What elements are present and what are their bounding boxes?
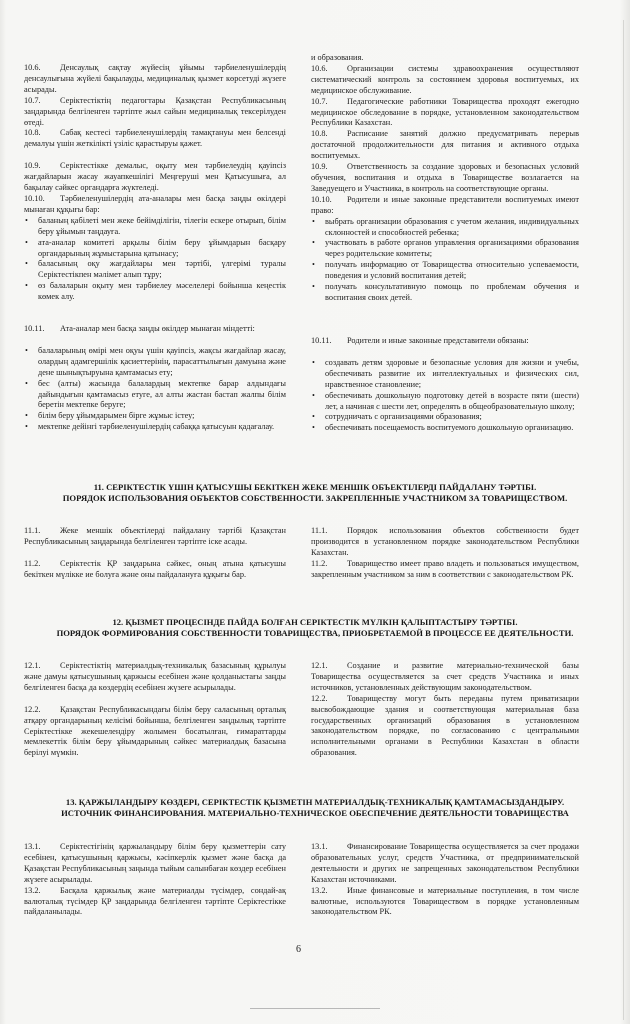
section12-kz-column: 12.1.Серіктестіктің материалдық-техникал…	[24, 661, 286, 759]
clause-11-2-ru: 11.2.Товарищество имеет право владеть и …	[311, 559, 579, 581]
list-item: бес (алты) жасында балалардың мектепке б…	[24, 379, 286, 412]
list-item: обеспечивать посещаемость воспитуемого д…	[311, 423, 579, 434]
list-item: участвовать в работе органов управления …	[311, 238, 579, 260]
list-item: баланың қабілеті мен жеке бейімділігін, …	[24, 216, 286, 238]
clause-10-9-ru: 10.9.Ответственность за создание здоровы…	[311, 162, 579, 195]
section10-11-kz: 10.11.Ата-аналар мен басқа заңды өкілдер…	[24, 324, 286, 433]
document-page: 10.6.Денсаулық сақтау жүйесің ұйымы тәрб…	[0, 0, 630, 1024]
clause-10-9-kz: 10.9.Серіктестікке демалыс, оқыту мен тә…	[24, 161, 286, 194]
list-item: обеспечивать дошкольную подготовку детей…	[311, 391, 579, 413]
clause-10-8-kz: 10.8.Сабақ кестесі тәрбиеленушілердің та…	[24, 128, 286, 150]
section11-ru-column: 11.1.Порядок использования объектов собс…	[311, 526, 579, 581]
section11-heading: 11. СЕРІКТЕСТІК ҮШІН ҚАТЫСУШЫ БЕКІТКЕН Ж…	[20, 482, 610, 504]
scan-shadow-line	[250, 1008, 380, 1009]
clause-12-2-kz: 12.2.Қазақстан Республикасындағы білім б…	[24, 705, 286, 760]
carry-over-text: и образования.	[311, 53, 579, 64]
list-item: баласының оқу жағдайлары мен тәртібі, үл…	[24, 259, 286, 281]
section12-ru-column: 12.1.Создание и развитие материально-тех…	[311, 661, 579, 759]
clause-13-2-kz: 13.2.Басқала қаржылық және материалды тү…	[24, 886, 286, 919]
clause-12-2-ru: 12.2.Товариществу могут быть переданы пу…	[311, 694, 579, 759]
duties-list-kz: балаларының өмірі мен оқуы үшін қауіпсіз…	[24, 346, 286, 433]
page-number: 6	[296, 944, 301, 955]
clause-13-1-kz: 13.1.Серіктестігінің қаржыландыру білім …	[24, 842, 286, 886]
clause-10-11-ru: 10.11.Родители и иные законные представи…	[311, 336, 579, 347]
clause-13-2-ru: 13.2.Иные финансовые и материальные пост…	[311, 886, 579, 919]
clause-10-8-ru: 10.8.Расписание занятий должно предусмат…	[311, 129, 579, 162]
list-item: ата-аналар комитеті арқылы білім беру ұй…	[24, 238, 286, 260]
list-item: получать информацию от Товарищества отно…	[311, 260, 579, 282]
clause-10-7-ru: 10.7.Педагогические работники Товарищест…	[311, 97, 579, 130]
list-item: сотрудничать с организациями образования…	[311, 412, 579, 423]
section13-kz-column: 13.1.Серіктестігінің қаржыландыру білім …	[24, 842, 286, 918]
clause-10-11-kz: 10.11.Ата-аналар мен басқа заңды өкілдер…	[24, 324, 286, 335]
section13-heading: 13. ҚАРЖЫЛАНДЫРУ КӨЗДЕРІ, СЕРІКТЕСТІК ҚЫ…	[20, 797, 610, 819]
list-item: выбрать организации образования с учетом…	[311, 217, 579, 239]
list-item: создавать детям здоровые и безопасные ус…	[311, 358, 579, 391]
list-item: білім беру ұйымдарымен бірге жұмыс істеу…	[24, 411, 286, 422]
clause-10-7-kz: 10.7.Серіктестіктің педагогтары Қазақста…	[24, 96, 286, 129]
list-item: балаларының өмірі мен оқуы үшін қауіпсіз…	[24, 346, 286, 379]
clause-13-1-ru: 13.1.Финансирование Товарищества осущест…	[311, 842, 579, 886]
rights-list-ru: выбрать организации образования с учетом…	[311, 217, 579, 304]
section13-ru-column: 13.1.Финансирование Товарищества осущест…	[311, 842, 579, 918]
section10-kz-column: 10.6.Денсаулық сақтау жүйесің ұйымы тәрб…	[24, 63, 286, 303]
section12-heading: 12. ҚЫЗМЕТ ПРОЦЕСІНДЕ ПАЙДА БОЛҒАН СЕРІК…	[20, 617, 610, 639]
clause-11-2-kz: 11.2.Серіктестік ҚР заңдарына сәйкес, он…	[24, 559, 286, 581]
clause-10-10-kz: 10.10.Тәрбиеленушілердің ата-аналары мен…	[24, 194, 286, 216]
section11-kz-column: 11.1.Жеке меншік объектілерді пайдалану …	[24, 526, 286, 581]
clause-10-6-kz: 10.6.Денсаулық сақтау жүйесің ұйымы тәрб…	[24, 63, 286, 96]
clause-10-6-ru: 10.6.Организации системы здравоохранения…	[311, 64, 579, 97]
clause-11-1-kz: 11.1.Жеке меншік объектілерді пайдалану …	[24, 526, 286, 548]
clause-10-10-ru: 10.10.Родители и иные законные представи…	[311, 195, 579, 217]
list-item: өз балаларын оқыту мен тәрбиелеу мәселел…	[24, 281, 286, 303]
rights-list-kz: баланың қабілеті мен жеке бейімділігін, …	[24, 216, 286, 303]
scan-edge	[623, 20, 624, 1020]
duties-list-ru: создавать детям здоровые и безопасные ус…	[311, 358, 579, 434]
section10-11-ru: 10.11.Родители и иные законные представи…	[311, 336, 579, 434]
clause-11-1-ru: 11.1.Порядок использования объектов собс…	[311, 526, 579, 559]
clause-12-1-ru: 12.1.Создание и развитие материально-тех…	[311, 661, 579, 694]
list-item: получать консультативную помощь по пробл…	[311, 282, 579, 304]
list-item: мектепке дейінгі тәрбиеленушілердің саба…	[24, 422, 286, 433]
section10-ru-column: и образования. 10.6.Организации системы …	[311, 53, 579, 304]
clause-12-1-kz: 12.1.Серіктестіктің материалдық-техникал…	[24, 661, 286, 694]
